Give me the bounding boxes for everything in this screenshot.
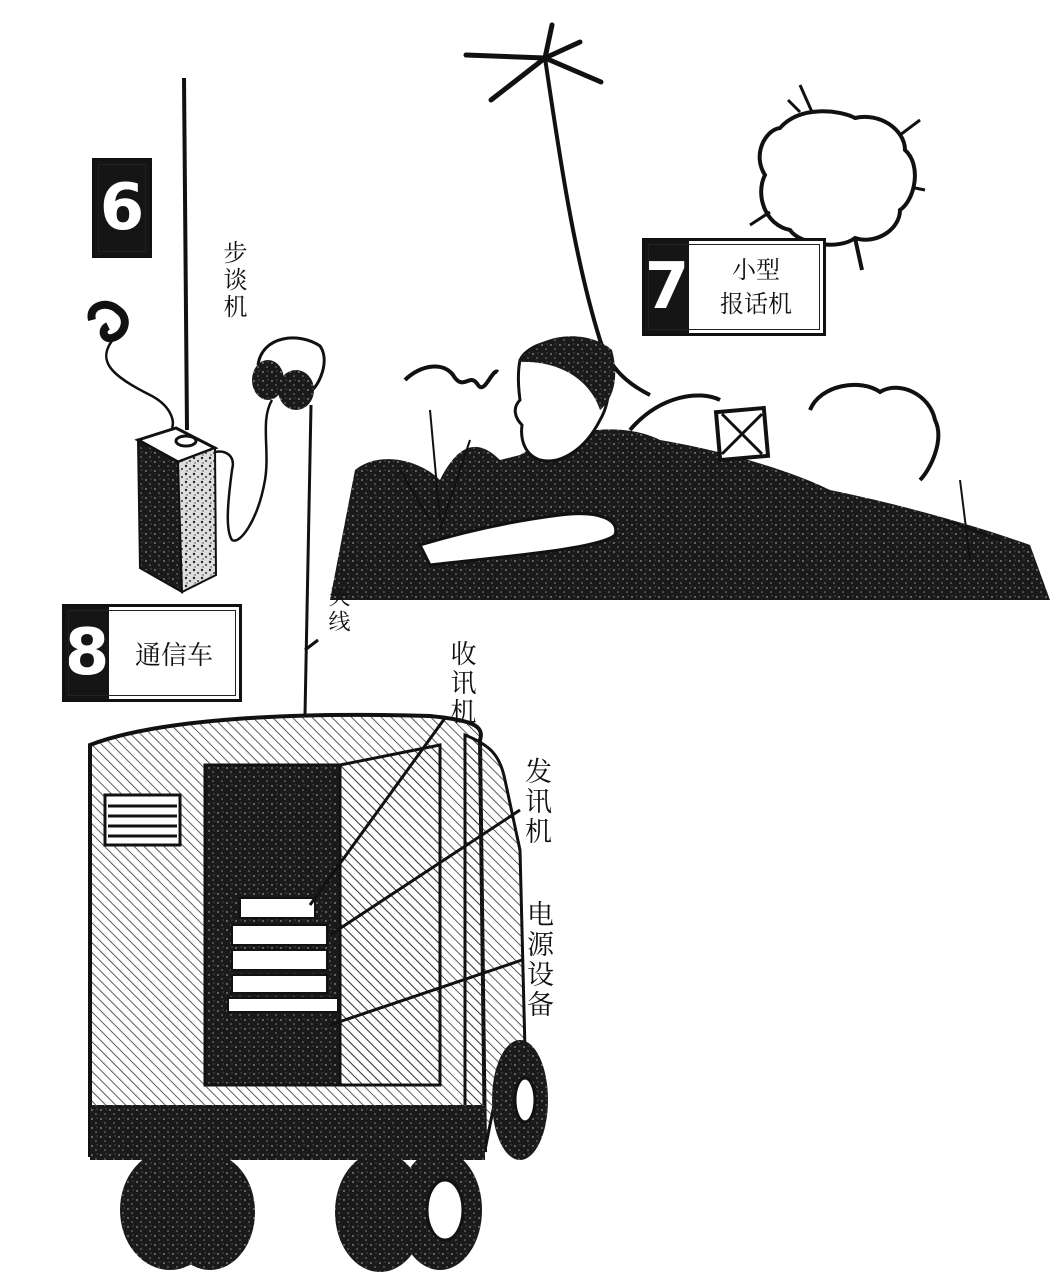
panel-6-number: 6: [95, 161, 149, 255]
transmitter-callout: 发讯机: [520, 757, 550, 847]
whip-antenna: [184, 78, 187, 430]
panel-8-caption: 通信车: [109, 607, 239, 699]
panel-7-caption: 小型 报话机: [689, 241, 823, 333]
power-supply-callout: 电源设备: [522, 900, 552, 1020]
handset-icon: [91, 305, 124, 338]
panel-6-label: 6: [92, 158, 152, 258]
panel-7-label: 7 小型 报话机: [642, 238, 826, 336]
walkie-talkie-callout: 步谈机: [218, 240, 248, 321]
panel-8-number: 8: [65, 607, 109, 699]
receiver-callout: 收讯机: [446, 640, 476, 727]
walkie-talkie-illustration: [91, 78, 324, 592]
tree-icon: [760, 111, 915, 244]
panel-7-caption-line-2: 报话机: [720, 287, 792, 321]
antenna-callout: 天线: [322, 585, 352, 635]
panel-7-number: 7: [645, 241, 689, 333]
truck-antenna: [305, 405, 311, 715]
panel-8-label: 8 通信车: [62, 604, 242, 702]
panel-7-caption-line-1: 小型: [732, 253, 780, 287]
